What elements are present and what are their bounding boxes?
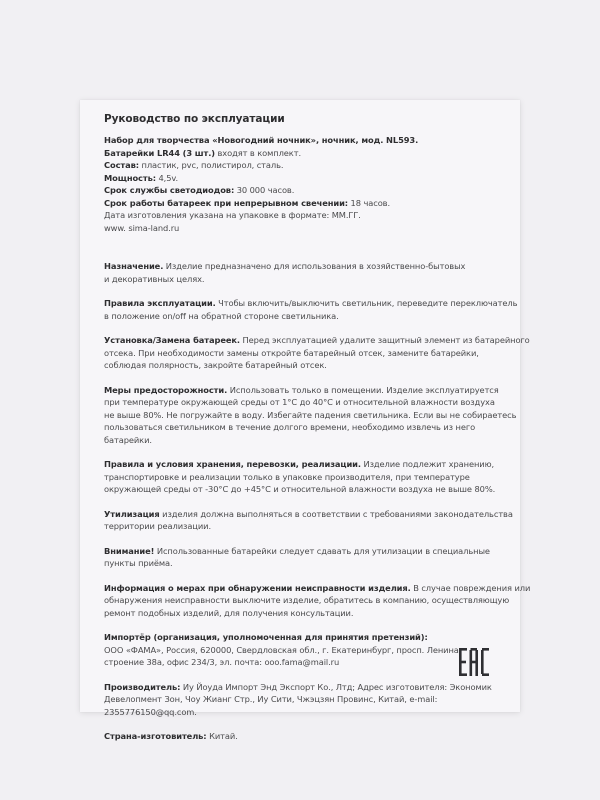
instruction-content: Руководство по эксплуатации Набор для тв… bbox=[104, 112, 514, 755]
document-title: Руководство по эксплуатации bbox=[104, 112, 514, 126]
section-country-of-origin: Страна-изготовитель: Китай. bbox=[104, 730, 514, 743]
product-info-line: Срок работы батареек при непрерывном све… bbox=[104, 197, 514, 210]
section-disposal: Утилизация изделия должна выполняться в … bbox=[104, 508, 514, 533]
section-importer: Импортёр (организация, уполномоченная дл… bbox=[104, 631, 514, 669]
section-storage-transport: Правила и условия хранения, перевозки, р… bbox=[104, 458, 514, 496]
section-malfunction-info: Информация о мерах при обнаружении неисп… bbox=[104, 582, 514, 620]
product-info-line: Набор для творчества «Новогодний ночник»… bbox=[104, 134, 514, 147]
section-operating-rules: Правила эксплуатации. Чтобы включить/вык… bbox=[104, 297, 514, 322]
instruction-sheet: Руководство по эксплуатации Набор для тв… bbox=[80, 100, 520, 712]
product-info-line: Батарейки LR44 (3 шт.) входят в комплект… bbox=[104, 147, 514, 160]
section-manufacturer: Производитель: Иу Йоуда Импорт Энд Экспо… bbox=[104, 681, 514, 719]
product-info-line: Состав: пластик, pvc, полистирол, сталь. bbox=[104, 159, 514, 172]
eac-mark-icon bbox=[459, 648, 489, 676]
section-precautions: Меры предосторожности. Использовать толь… bbox=[104, 384, 514, 447]
product-info: Набор для творчества «Новогодний ночник»… bbox=[104, 134, 514, 234]
spacer bbox=[104, 246, 514, 260]
section-attention: Внимание! Использованные батарейки следу… bbox=[104, 545, 514, 570]
section-battery-installation: Установка/Замена батареек. Перед эксплуа… bbox=[104, 334, 514, 372]
product-info-line: Срок службы светодиодов: 30 000 часов. bbox=[104, 184, 514, 197]
website-url: www. sima-land.ru bbox=[104, 222, 514, 235]
section-purpose: Назначение. Изделие предназначено для ис… bbox=[104, 260, 514, 285]
manufacture-date-note: Дата изготовления указана на упаковке в … bbox=[104, 209, 514, 222]
product-info-line: Мощность: 4,5v. bbox=[104, 172, 514, 185]
eac-certification-icon bbox=[459, 648, 489, 676]
